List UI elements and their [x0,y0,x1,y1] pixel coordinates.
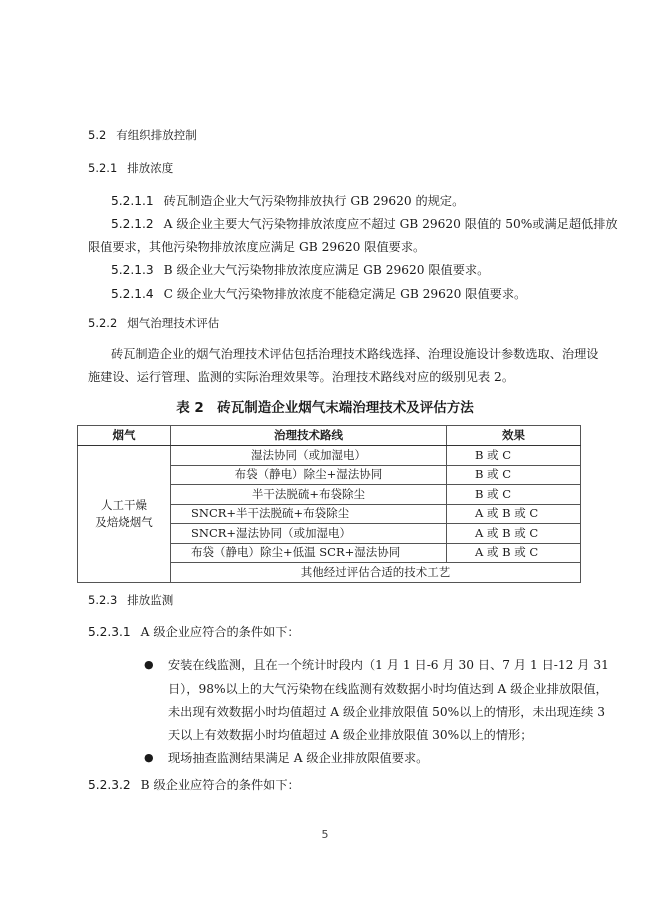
page-number: 5 [0,828,650,841]
section-heading-5-2-2: 5.2.2烟气治理技术评估 [88,315,219,331]
heading-title: 排放浓度 [127,161,173,175]
bullet-icon: ● [144,658,154,671]
effect-cell: A 或 B 或 C [447,504,581,524]
column-header-effect: 效果 [447,426,581,446]
effect-cell: A 或 B 或 C [447,524,581,544]
effect-cell: A 或 B 或 C [447,543,581,563]
column-header-route: 治理技术路线 [171,426,447,446]
section-heading-5-2-3: 5.2.3排放监测 [88,592,173,608]
bullet-1-line-3: 未出现有效数据小时均值超过 A 级企业排放限值 50%以上的情形，未出现连续 3 [168,704,605,720]
clause-text: B 级企业大气污染物排放浓度应满足 GB 29620 限值要求。 [164,263,490,277]
section-heading-5-2-1: 5.2.1排放浓度 [88,160,173,176]
table-row: 人工干燥 及焙烧烟气 湿法协同（或加湿电） B 或 C [78,446,581,466]
clause-5-2-1-3: 5.2.1.3B 级企业大气污染物排放浓度应满足 GB 29620 限值要求。 [111,262,489,278]
clause-number: 5.2.1.2 [111,217,154,231]
clause-number: 5.2.3.2 [88,778,131,792]
paragraph-line-2: 施建设、运行管理、监测的实际治理效果等。治理技术路线对应的级别见表 2。 [88,369,514,385]
heading-number: 5.2.2 [88,316,117,330]
effect-cell: B 或 C [447,465,581,485]
clause-number: 5.2.1.3 [111,263,154,277]
section-heading-5-2: 5.2有组织排放控制 [88,127,197,143]
bullet-1-line-4: 天以上有效数据小时均值超过 A 级企业排放限值 30%以上的情形； [168,727,532,743]
bullet-1-line-2: 日），98%以上的大气污染物在线监测有效数据小时均值达到 A 级企业排放限值， [168,681,608,697]
clause-text: C 级企业大气污染物排放浓度不能稳定满足 GB 29620 限值要求。 [164,287,527,301]
clause-number: 5.2.3.1 [88,625,131,639]
heading-number: 5.2.3 [88,593,117,607]
clause-5-2-1-1: 5.2.1.1砖瓦制造企业大气污染物排放执行 GB 29620 的规定。 [111,193,464,209]
clause-number: 5.2.1.1 [111,194,154,208]
bullet-2-line-1: 现场抽查监测结果满足 A 级企业排放限值要求。 [168,750,428,766]
clause-number: 5.2.1.4 [111,287,154,301]
route-cell: 湿法协同（或加湿电） [171,446,447,466]
table-header-row: 烟气 治理技术路线 效果 [78,426,581,446]
effect-cell: B 或 C [447,446,581,466]
route-cell: SNCR+湿法协同（或加湿电） [171,524,447,544]
table-caption-text: 表 2 砖瓦制造企业烟气末端治理技术及评估方法 [176,400,474,416]
clause-5-2-1-4: 5.2.1.4C 级企业大气污染物排放浓度不能稳定满足 GB 29620 限值要… [111,286,526,302]
treatment-technology-table: 烟气 治理技术路线 效果 人工干燥 及焙烧烟气 湿法协同（或加湿电） B 或 C… [77,425,581,583]
flue-gas-type-line-1: 人工干燥 [78,497,170,514]
heading-number: 5.2 [88,128,106,142]
paragraph-line-1: 砖瓦制造企业的烟气治理技术评估包括治理技术路线选择、治理设施设计参数选取、治理设 [111,346,599,362]
clause-text: A 级企业应符合的条件如下： [141,625,300,639]
flue-gas-type-line-2: 及焙烧烟气 [78,514,170,531]
column-header-flue-gas: 烟气 [78,426,171,446]
route-cell: 布袋（静电）除尘+湿法协同 [171,465,447,485]
bullet-1-line-1: 安装在线监测，且在一个统计时段内（1 月 1 日-6 月 30 日、7 月 1 … [168,657,609,673]
clause-5-2-1-2-continued: 限值要求，其他污染物排放浓度应满足 GB 29620 限值要求。 [88,239,425,255]
other-technology-cell: 其他经过评估合适的技术工艺 [171,563,581,583]
heading-title: 烟气治理技术评估 [127,316,219,330]
heading-number: 5.2.1 [88,161,117,175]
bullet-icon: ● [144,751,154,764]
route-cell: 布袋（静电）除尘+低温 SCR+湿法协同 [171,543,447,563]
heading-title: 有组织排放控制 [116,128,197,142]
table-caption: 表 2 砖瓦制造企业烟气末端治理技术及评估方法 [0,396,650,416]
route-cell: SNCR+半干法脱硫+布袋除尘 [171,504,447,524]
flue-gas-type-cell: 人工干燥 及焙烧烟气 [78,446,171,583]
clause-text: B 级企业应符合的条件如下： [141,778,300,792]
clause-5-2-1-2: 5.2.1.2A 级企业主要大气污染物排放浓度应不超过 GB 29620 限值的… [111,216,618,232]
clause-text: 砖瓦制造企业大气污染物排放执行 GB 29620 的规定。 [164,194,465,208]
clause-5-2-3-2: 5.2.3.2B 级企业应符合的条件如下： [88,777,300,793]
effect-cell: B 或 C [447,485,581,505]
clause-5-2-3-1: 5.2.3.1A 级企业应符合的条件如下： [88,624,300,640]
route-cell: 半干法脱硫+布袋除尘 [171,485,447,505]
heading-title: 排放监测 [127,593,173,607]
clause-text: A 级企业主要大气污染物排放浓度应不超过 GB 29620 限值的 50%或满足… [164,217,618,231]
